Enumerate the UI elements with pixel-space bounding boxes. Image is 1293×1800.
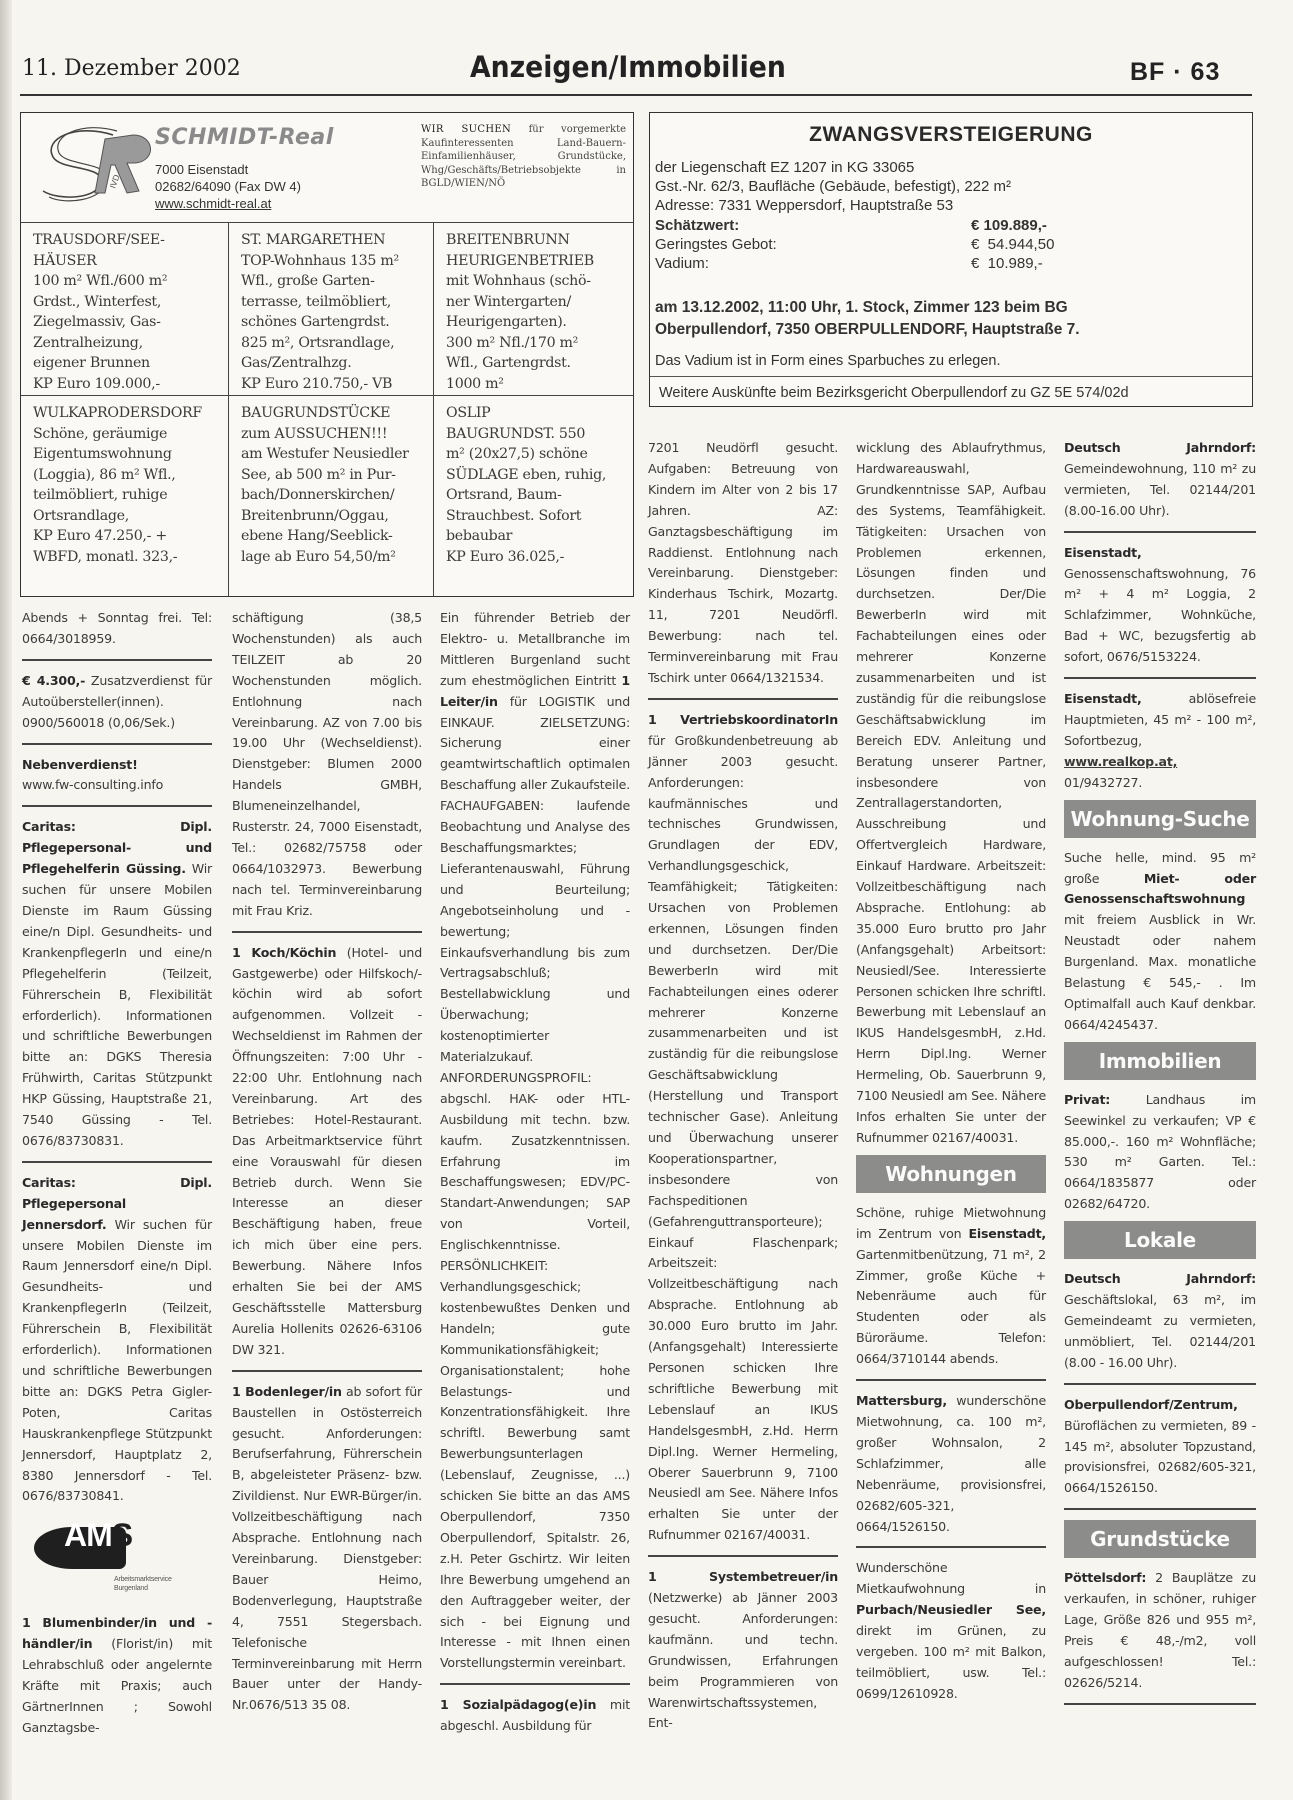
classified-ad: Schöne, ruhige Mietwohnung im Zentrum vo…	[856, 1203, 1046, 1370]
ad-body: Landhaus im Seewinkel zu verkaufen; VP €…	[1064, 1092, 1256, 1212]
schmidt-real-header: IVD SCHMIDT-Real 7000 Eisenstadt 02682/6…	[21, 113, 633, 223]
ad-headline: Deutsch Jahrndorf:	[1064, 1271, 1256, 1286]
schmidt-real-address: 7000 Eisenstadt 02682/64090 (Fax DW 4) w…	[155, 161, 301, 212]
ams-letters: AMS	[64, 1517, 132, 1553]
ad-divider	[856, 1546, 1046, 1548]
classified-ad: 1 Blumenbinder/in und -händler/in (Flori…	[22, 1613, 212, 1738]
auction-notice: ZWANGSVERSTEIGERUNG der Liegenschaft EZ …	[649, 112, 1253, 407]
classified-ad: Abends + Sonntag frei. Tel: 0664/3018959…	[22, 608, 212, 650]
ad-divider	[648, 698, 838, 700]
auction-note: Das Vadium ist in Form eines Sparbuches …	[655, 353, 1000, 369]
classified-ad: Deutsch Jahrndorf: Gemeindewohnung, 110 …	[1064, 438, 1256, 522]
ad-headline: Mattersburg,	[856, 1393, 947, 1408]
wir-suchen-lead: WIR SUCHEN	[421, 124, 511, 135]
ad-body: Gemeindewohnung, 110 m² zu vermieten, Te…	[1064, 461, 1256, 518]
listing-cell: TRAUSDORF/SEE- HÄUSER 100 m² Wfl./600 m²…	[21, 223, 229, 396]
ad-divider	[22, 743, 212, 745]
ad-headline: Eisenstadt,	[968, 1226, 1046, 1241]
listing-cell: ST. MARGARETHEN TOP-Wohnhaus 135 m² Wfl.…	[229, 223, 434, 396]
ad-headline: Caritas: Dipl. Pflegepersonal- und Pfleg…	[22, 819, 212, 876]
ad-column-1: Abends + Sonntag frei. Tel: 0664/3018959…	[22, 608, 212, 1739]
classified-ad: Oberpullendorf/Zentrum, Büroflächen zu v…	[1064, 1395, 1256, 1500]
ams-subtitle: Arbeitsmarktservice Burgenland	[114, 1575, 172, 1593]
section-banner-wohnungen: Wohnungen	[856, 1155, 1046, 1193]
ad-divider	[648, 1555, 838, 1557]
wir-suchen-text: WIR SUCHEN für vorgemerkte Kaufinteresse…	[421, 123, 626, 191]
classified-ad: Privat: Landhaus im Seewinkel zu verkauf…	[1064, 1090, 1256, 1215]
value-amount: € 10.989,-	[971, 254, 1043, 273]
ad-body: Geschäftslokal, 63 m², im Gemeindeamt zu…	[1064, 1292, 1256, 1370]
classified-ad: 1 Koch/Köchin (Hotel- und Gastgewerbe) o…	[232, 943, 422, 1361]
section-title: Anzeigen/Immobilien	[470, 50, 786, 84]
ad-headline: 1 Bodenleger/in	[232, 1384, 342, 1399]
classified-ad: Eisenstadt, ablösefreie Hauptmieten, 45 …	[1064, 689, 1256, 794]
auction-detail-line: Adresse: 7331 Weppersdorf, Hauptstraße 5…	[655, 196, 1011, 215]
issue-date: 11. Dezember 2002	[22, 56, 241, 81]
classified-ad: Suche helle, mind. 95 m² große Miet- ode…	[1064, 848, 1256, 1036]
classified-ad: Deutsch Jahrndorf: Geschäftslokal, 63 m²…	[1064, 1269, 1256, 1374]
ams-subtitle-line: Burgenland	[114, 1584, 172, 1593]
ams-logo-text: AMS	[64, 1525, 132, 1546]
ad-divider	[22, 1161, 212, 1163]
schmidt-real-ad: IVD SCHMIDT-Real 7000 Eisenstadt 02682/6…	[20, 112, 634, 597]
ad-headline: Privat:	[1064, 1092, 1110, 1107]
ad-divider	[1064, 1383, 1256, 1385]
ad-phone: 01/9432727.	[1064, 775, 1142, 790]
ad-body: (Netzwerke) ab Jänner 2003 gesucht. Anfo…	[648, 1590, 838, 1730]
ad-column-4: 7201 Neudörfl gesucht. Aufgaben: Betreuu…	[648, 438, 838, 1734]
listing-cell: BREITENBRUNN HEURIGENBETRIEB mit Wohnhau…	[434, 223, 633, 396]
classified-ad: Eisenstadt, Genossenschaftswohnung, 76 m…	[1064, 543, 1256, 668]
auction-more-info: Weitere Auskünfte beim Bezirksgericht Ob…	[659, 385, 1129, 401]
ad-column-2: schäftigung (38,5 Wochenstunden) als auc…	[232, 608, 422, 1716]
ad-body: Wir suchen für unsere Mobilen Dienste im…	[22, 1217, 212, 1504]
ad-body: Gartenmitbenützung, 71 m², 2 Zimmer, gro…	[856, 1247, 1046, 1367]
ad-body: direkt im Grünen, zu vergeben. 100 m² mi…	[856, 1623, 1046, 1701]
ad-body: mit freiem Ausblick in Wr. Neustadt oder…	[1064, 912, 1256, 1032]
ad-body: 2 Bauplätze zu verkaufen, in schöner, ru…	[1064, 1570, 1256, 1690]
ad-divider	[1064, 677, 1256, 679]
ad-body: Genossenschaftswohnung, 76 m² + 4 m² Log…	[1064, 566, 1256, 665]
auction-detail-line: Gst.-Nr. 62/3, Baufläche (Gebäude, befes…	[655, 177, 1011, 196]
classified-ad: Ein führender Betrieb der Elektro- u. Me…	[440, 608, 630, 1674]
ad-body: für Großkundenbetreuung ab Jänner 2003 g…	[648, 733, 838, 1542]
value-label: Geringstes Gebot:	[655, 235, 777, 254]
classified-ad: 1 Bodenleger/in ab sofort für Baustellen…	[232, 1382, 422, 1717]
ad-headline: Eisenstadt,	[1064, 691, 1142, 706]
ad-divider	[1064, 531, 1256, 533]
classified-ad: Pöttelsdorf: 2 Bauplätze zu verkaufen, i…	[1064, 1568, 1256, 1693]
ad-link[interactable]: www.fw-consulting.info	[22, 777, 163, 792]
listing-grid: TRAUSDORF/SEE- HÄUSER 100 m² Wfl./600 m²…	[21, 223, 633, 596]
section-banner-grundstuecke: Grundstücke	[1064, 1520, 1256, 1558]
classified-ad: Wunderschöne Mietkaufwohnung in Purbach/…	[856, 1558, 1046, 1704]
ad-body: wunderschöne Mietwohnung, ca. 100 m², gr…	[856, 1393, 1046, 1533]
ad-body: (Hotel- und Gastgewerbe) oder Hilfskoch/…	[232, 945, 422, 1357]
schmidt-real-url-link[interactable]: www.schmidt-real.at	[155, 195, 301, 212]
ad-headline: Nebenverdienst!	[22, 755, 212, 776]
ad-headline: Purbach/Neusiedler See,	[856, 1602, 1046, 1617]
classified-ad: Caritas: Dipl. Pflegepersonal- und Pfleg…	[22, 817, 212, 1152]
ad-column-6: Deutsch Jahrndorf: Gemeindewohnung, 110 …	[1064, 438, 1256, 1715]
auction-details: der Liegenschaft EZ 1207 in KG 33065 Gst…	[655, 158, 1011, 215]
ad-body: Wir suchen für unsere Mobilen Dienste im…	[22, 861, 212, 1148]
ad-intro: Ein führender Betrieb der Elektro- u. Me…	[440, 610, 630, 688]
ad-intro: Wunderschöne Mietkaufwohnung in	[856, 1560, 1046, 1596]
classified-ad: 1 VertriebskoordinatorIn für Großkundenb…	[648, 710, 838, 1546]
section-banner-wohnung-suche: Wohnung-Suche	[1064, 800, 1256, 838]
address-line: 7000 Eisenstadt	[155, 161, 301, 178]
auction-divider	[650, 376, 1252, 377]
phone-line: 02682/64090 (Fax DW 4)	[155, 178, 301, 195]
ad-divider	[232, 931, 422, 933]
ad-headline: 1 Systembetreuer/in	[648, 1569, 838, 1584]
auction-detail-line: der Liegenschaft EZ 1207 in KG 33065	[655, 158, 1011, 177]
svg-text:IVD: IVD	[108, 173, 121, 189]
classified-ad: 1 Systembetreuer/in (Netzwerke) ab Jänne…	[648, 1567, 838, 1734]
classified-ad: Caritas: Dipl. Pflegepersonal Jennersdor…	[22, 1173, 212, 1508]
ad-body: für LOGISTIK und EINKAUF. ZIELSETZUNG: S…	[440, 694, 630, 1671]
section-banner-immobilien: Immobilien	[1064, 1042, 1256, 1080]
header-rule	[20, 94, 1252, 96]
ad-divider	[440, 1683, 630, 1685]
section-banner-lokale: Lokale	[1064, 1221, 1256, 1259]
page-binding-edge	[0, 0, 12, 1800]
classified-ad: wicklung des Ablaufrythmus, Hardwareausw…	[856, 438, 1046, 1149]
value-amount: € 54.944,50	[971, 235, 1054, 254]
ad-body: Büroflächen zu vermieten, 89 - 145 m², a…	[1064, 1418, 1256, 1496]
classified-ad: schäftigung (38,5 Wochenstunden) als auc…	[232, 608, 422, 922]
classified-ad: Nebenverdienst!www.fw-consulting.info	[22, 755, 212, 797]
ad-headline: € 4.300,-	[22, 673, 85, 688]
ams-subtitle-line: Arbeitsmarktservice	[114, 1575, 172, 1584]
ams-logo: AMS Arbeitsmarktservice Burgenland	[34, 1523, 234, 1603]
ad-headline: 1 Sozialpädagog(e)in	[440, 1697, 596, 1712]
ad-headline: 1 Koch/Köchin	[232, 945, 336, 960]
classified-ad: € 4.300,- Zusatzverdienst für Autoüberst…	[22, 671, 212, 734]
schmidt-real-logo-icon: IVD	[35, 121, 175, 211]
ad-headline: Deutsch Jahrndorf:	[1064, 440, 1256, 455]
classified-ad: Mattersburg, wunderschöne Mietwohnung, c…	[856, 1391, 1046, 1537]
value-label: Vadium:	[655, 254, 709, 273]
classified-ad: 7201 Neudörfl gesucht. Aufgaben: Betreuu…	[648, 438, 838, 689]
ad-headline: Pöttelsdorf:	[1064, 1570, 1146, 1585]
auction-date: am 13.12.2002, 11:00 Uhr, 1. Stock, Zimm…	[655, 297, 1080, 341]
ad-headline: Oberpullendorf/Zentrum,	[1064, 1397, 1238, 1412]
ad-divider	[232, 1370, 422, 1372]
ad-headline: Eisenstadt,	[1064, 545, 1142, 560]
ad-divider	[22, 659, 212, 661]
ad-divider	[856, 1379, 1046, 1381]
ad-body: ab sofort für Baustellen in Ostösterreic…	[232, 1384, 422, 1713]
value-amount: € 109.889,-	[971, 216, 1047, 235]
listing-cell: BAUGRUNDSTÜCKE zum AUSSUCHEN!!! am Westu…	[229, 396, 434, 596]
ad-headline: 1 VertriebskoordinatorIn	[648, 712, 838, 727]
ad-divider	[1064, 1703, 1256, 1705]
auction-title: ZWANGSVERSTEIGERUNG	[650, 123, 1252, 147]
listing-cell: WULKAPRODERSDORF Schöne, geräumige Eigen…	[21, 396, 229, 596]
listing-cell: OSLIP BAUGRUNDST. 550 m² (20x27,5) schön…	[434, 396, 633, 596]
realkop-link[interactable]: www.realkop.at,	[1064, 754, 1177, 769]
ad-divider	[1064, 1508, 1256, 1510]
auction-location-line: Oberpullendorf, 7350 OBERPULLENDORF, Hau…	[655, 319, 1080, 341]
classified-ad: 1 Sozialpädagog(e)in mit abgeschl. Ausbi…	[440, 1695, 630, 1737]
page-number: BF · 63	[1130, 58, 1220, 87]
ad-column-5: wicklung des Ablaufrythmus, Hardwareausw…	[856, 438, 1046, 1705]
ad-divider	[22, 805, 212, 807]
auction-date-line: am 13.12.2002, 11:00 Uhr, 1. Stock, Zimm…	[655, 297, 1080, 319]
schmidt-real-brand: SCHMIDT-Real	[155, 125, 334, 150]
value-label: Schätzwert:	[655, 216, 739, 235]
ad-column-3: Ein führender Betrieb der Elektro- u. Me…	[440, 608, 630, 1737]
